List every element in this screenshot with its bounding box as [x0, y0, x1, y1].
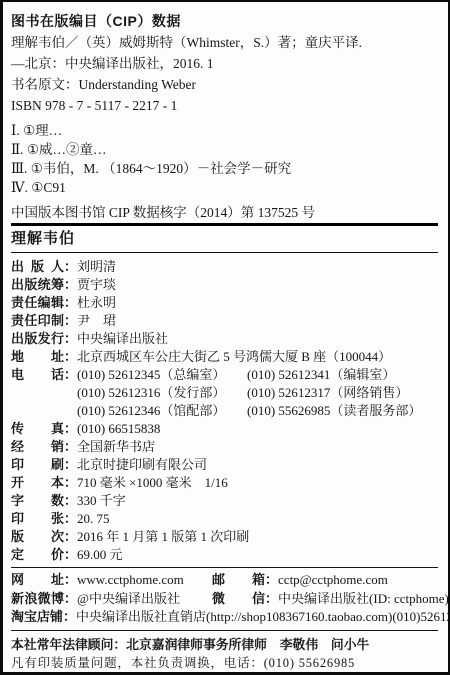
- cip-heading: 图书在版编目（CIP）数据: [11, 10, 438, 32]
- colon: ：: [64, 591, 77, 606]
- weibo-handle: @中央编译出版社: [77, 590, 212, 609]
- field-label: 印张: [11, 510, 64, 528]
- colon: ：: [64, 421, 77, 436]
- colon: ：: [64, 349, 77, 364]
- field-label: 印刷: [11, 456, 64, 474]
- cip-classification-block: Ⅰ. ①理… Ⅱ. ①威…②童… Ⅲ. ①韦伯，M. （1864～1920）－社…: [11, 121, 438, 197]
- colon: ：: [64, 493, 77, 508]
- colon: ：: [64, 313, 77, 328]
- colophon-row-address: 地址：北京西城区车公庄大街乙 5 号鸿儒大厦 B 座（100044）: [11, 348, 438, 366]
- field-label: 电话: [11, 366, 64, 384]
- colophon-row-phone-2: (010) 52612316（发行部）(010) 52612317（网络销售）: [11, 384, 438, 402]
- cip-index-line-4: Ⅳ. ①C91: [11, 178, 438, 197]
- contact-row-weibo-wechat: 新浪微博：@中央编译出版社微信：中央编译出版社(ID: cctphome): [11, 590, 438, 609]
- quality-notice-line: 凡有印装质量问题，本社负责调换，电话：(010) 55626985: [11, 654, 438, 672]
- colophon-block: 出版人：刘明清 出版统筹：贾宇琰 责任编辑：杜永明 责任印制：尹 珺 出版发行：…: [11, 258, 438, 564]
- field-value: 尹 珺: [77, 313, 116, 328]
- field-label: 版次: [11, 528, 64, 546]
- colon: ：: [64, 475, 77, 490]
- cip-index-line-1: Ⅰ. ①理…: [11, 121, 438, 140]
- field-value: 刘明清: [77, 259, 116, 274]
- divider-above-contact: [11, 567, 438, 568]
- contact-row-web-mail: 网址：www.cctphome.com邮箱：cctp@cctphome.com: [11, 571, 438, 590]
- colon: ：: [64, 511, 77, 526]
- colophon-row-publisher-person: 出版人：刘明清: [11, 258, 438, 276]
- colophon-row-edition: 版次：2016 年 1 月第 1 版第 1 次印刷: [11, 528, 438, 546]
- colon: ：: [64, 572, 77, 587]
- footer-block: 本社常年法律顾问：北京嘉润律师事务所律师 李敬伟 问小牛 凡有印装质量问题，本社…: [11, 636, 438, 672]
- field-label: 定价: [11, 546, 64, 564]
- field-value: 69.00 元: [77, 547, 123, 562]
- field-value: 北京西城区车公庄大街乙 5 号鸿儒大厦 B 座（100044）: [77, 349, 391, 364]
- phone-entry: (010) 52612316（发行部）: [77, 384, 247, 402]
- colon: ：: [64, 295, 77, 310]
- colon: ：: [64, 367, 77, 382]
- phone-entry: (010) 52612341（编辑室）: [247, 367, 395, 382]
- phone-entry: (010) 52612346（馆配部）: [77, 402, 247, 420]
- colon: ：: [63, 608, 76, 627]
- field-label: 经销: [11, 438, 64, 456]
- cip-block: 图书在版编目（CIP）数据 理解韦伯／（英）威姆斯特（Whimster，S.）著…: [11, 10, 438, 222]
- field-value: 20. 75: [77, 511, 110, 526]
- contact-row-taobao: 淘宝店铺：中央编译出版社直销店(http://shop108367160.tao…: [11, 608, 438, 627]
- colon: ：: [64, 259, 77, 274]
- cip-index-line-2: Ⅱ. ①威…②童…: [11, 140, 438, 159]
- field-label: 新浪微博: [11, 590, 64, 609]
- store-phone: (010)52612349: [392, 608, 450, 627]
- wechat-id: 中央编译出版社(ID: cctphome): [278, 591, 449, 606]
- cip-isbn-line: ISBN 978 - 7 - 5117 - 2217 - 1: [11, 95, 438, 116]
- field-value: 2016 年 1 月第 1 版第 1 次印刷: [77, 529, 249, 544]
- colon: ：: [64, 331, 77, 346]
- colon: ：: [64, 277, 77, 292]
- field-label: 传真: [11, 420, 64, 438]
- field-value: 杜永明: [77, 295, 116, 310]
- cip-index-line-3: Ⅲ. ①韦伯，M. （1864～1920）－社会学－研究: [11, 159, 438, 178]
- cip-registry-line: 中国版本图书馆 CIP 数据核字（2014）第 137525 号: [11, 203, 438, 222]
- colophon-row-phone-1: 电话：(010) 52612345（总编室）(010) 52612341（编辑室…: [11, 366, 438, 384]
- colophon-row-coordinator: 出版统筹：贾宇琰: [11, 276, 438, 294]
- contact-block: 网址：www.cctphome.com邮箱：cctp@cctphome.com …: [11, 571, 438, 627]
- phone-entry: (010) 52612317（网络销售）: [247, 385, 408, 400]
- cip-original-title-line: 书名原文：Understanding Weber: [11, 74, 438, 95]
- phone-entry: (010) 55626985（读者服务部）: [247, 403, 421, 418]
- colon: ：: [265, 591, 278, 606]
- divider-under-title: [11, 252, 438, 254]
- field-label: 责任编辑: [11, 294, 64, 312]
- divider-above-footer: [11, 630, 438, 631]
- cip-copyright-page: 图书在版编目（CIP）数据 理解韦伯／（英）威姆斯特（Whimster，S.）著…: [0, 0, 450, 675]
- colophon-row-editor: 责任编辑：杜永明: [11, 294, 438, 312]
- field-label: 微信: [212, 590, 265, 609]
- colophon-row-fax: 传真：(010) 66515838: [11, 420, 438, 438]
- cip-publisher-line: —北京：中央编译出版社，2016. 1: [11, 53, 438, 74]
- colophon-row-publisher: 出版发行：中央编译出版社: [11, 330, 438, 348]
- field-value: 330 千字: [77, 493, 126, 508]
- phone-entry: (010) 52612345（总编室）: [77, 366, 247, 384]
- field-label: 淘宝店铺: [11, 608, 63, 627]
- colophon-row-format: 开本：710 毫米 ×1000 毫米 1/16: [11, 474, 438, 492]
- field-label: 出版人: [11, 258, 64, 276]
- colophon-row-price: 定价：69.00 元: [11, 546, 438, 564]
- colon: ：: [64, 529, 77, 544]
- legal-advisor-line: 本社常年法律顾问：北京嘉润律师事务所律师 李敬伟 问小牛: [11, 636, 438, 654]
- colophon-row-sheets: 印张：20. 75: [11, 510, 438, 528]
- field-label: 出版统筹: [11, 276, 64, 294]
- colophon-row-printing: 印刷：北京时捷印刷有限公司: [11, 456, 438, 474]
- field-label: 字数: [11, 492, 64, 510]
- field-label: 出版发行: [11, 330, 64, 348]
- field-value: (010) 66515838: [77, 421, 160, 436]
- field-value: 贾宇琰: [77, 277, 116, 292]
- field-label: 网址: [11, 571, 64, 590]
- email-address: cctp@cctphome.com: [278, 572, 388, 587]
- website-url: www.cctphome.com: [77, 571, 212, 590]
- taobao-store-url: 中央编译出版社直销店(http://shop108367160.taobao.c…: [76, 608, 392, 627]
- colon: ：: [64, 439, 77, 454]
- field-value: 北京时捷印刷有限公司: [77, 457, 207, 472]
- field-value: 中央编译出版社: [77, 331, 168, 346]
- colophon-row-print-supervisor: 责任印制：尹 珺: [11, 312, 438, 330]
- colophon-row-word-count: 字数：330 千字: [11, 492, 438, 510]
- cip-title-author-line: 理解韦伯／（英）威姆斯特（Whimster，S.）著；童庆平译.: [11, 32, 438, 53]
- field-label: 责任印制: [11, 312, 64, 330]
- field-label: 开本: [11, 474, 64, 492]
- colon: ：: [64, 547, 77, 562]
- colophon-row-phone-3: (010) 52612346（馆配部）(010) 55626985（读者服务部）: [11, 402, 438, 420]
- colon: ：: [64, 457, 77, 472]
- colophon-row-distribution: 经销：全国新华书店: [11, 438, 438, 456]
- book-title: 理解韦伯: [11, 226, 438, 252]
- field-value: 710 毫米 ×1000 毫米 1/16: [77, 475, 228, 490]
- field-label: 邮箱: [212, 571, 265, 590]
- field-label: 地址: [11, 348, 64, 366]
- field-value: 全国新华书店: [77, 439, 155, 454]
- colon: ：: [265, 572, 278, 587]
